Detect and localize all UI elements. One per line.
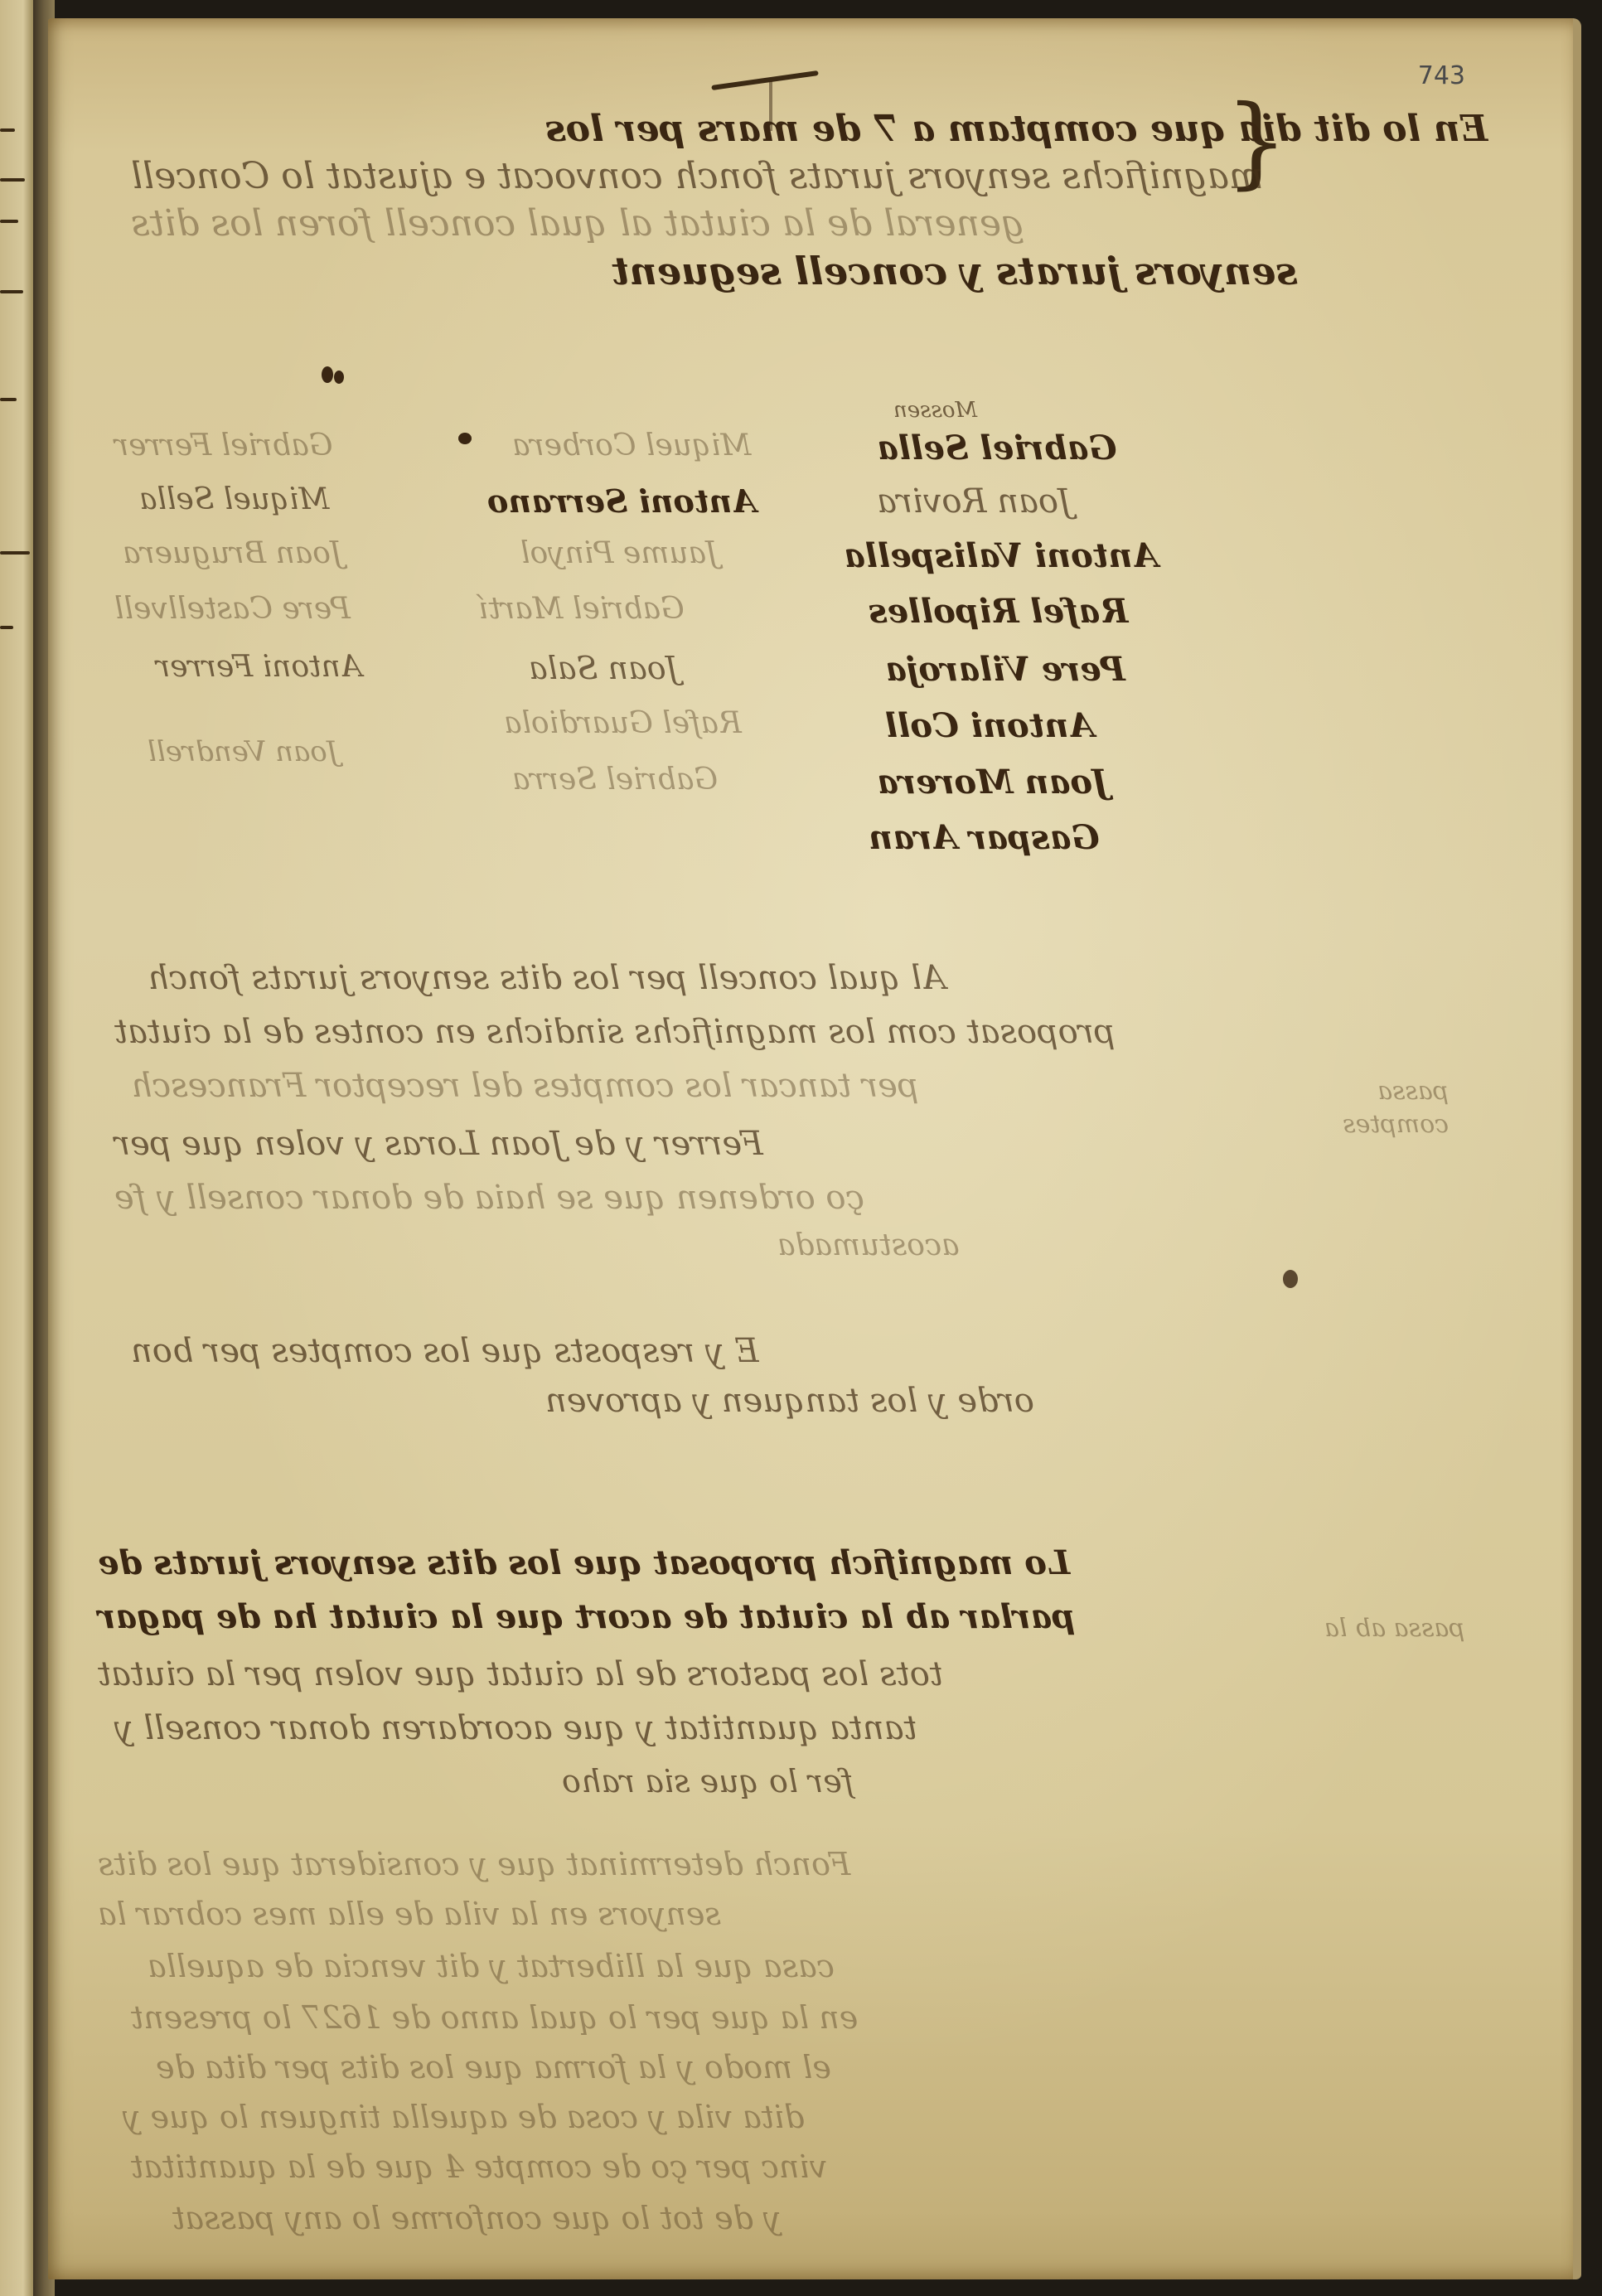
text-line: casa que la llibertat y dit vencia de aq… xyxy=(148,1948,835,1984)
text-line: proposat com los magnifichs sindichs en … xyxy=(114,1013,1116,1051)
top-cross-mark xyxy=(711,70,819,90)
name-item: Antoni Valispella xyxy=(844,536,1158,575)
text-line: ço ordenen que se haia de donar consell … xyxy=(114,1179,864,1217)
ink-blot xyxy=(1283,1270,1298,1288)
name-item: Gabriel Martí xyxy=(479,592,685,626)
text-line: E y resposts que los comptes per bon xyxy=(131,1332,759,1370)
name-item: Gaspar Aran xyxy=(869,818,1100,857)
name-item: Gabriel Sella xyxy=(877,429,1117,467)
text-line: per tancar los comptes del receptor Fran… xyxy=(131,1067,919,1105)
text-line: Ferrer y de Joan Loras y volen que per xyxy=(114,1125,763,1163)
ink-blot xyxy=(458,433,472,444)
name-item: Joan Vendrell xyxy=(148,735,338,768)
text-line: Lo magnifich proposat que los dits senyo… xyxy=(98,1543,1070,1582)
name-item: Jaume Pinyol xyxy=(520,536,718,570)
text-line: En lo dit dia que comptam a 7 de mars pe… xyxy=(545,108,1488,150)
margin-note: passa comptes xyxy=(1341,1075,1449,1141)
text-line: general de la ciutat al qual concell for… xyxy=(131,202,1024,245)
folio-number: 743 xyxy=(1418,61,1465,90)
text-line: el modo y la forma que los dits per dita… xyxy=(156,2049,831,2085)
text-line: acostumada xyxy=(777,1228,960,1262)
name-item: Antoni Coll xyxy=(885,706,1094,745)
text-line: en la que per lo qual anno de 1627 lo pr… xyxy=(131,1999,858,2036)
margin-note: passa ab la xyxy=(1324,1614,1464,1643)
name-item: Miquel Sella xyxy=(139,482,329,516)
name-item: Joan Sala xyxy=(529,650,679,686)
name-item: Gabriel Ferrer xyxy=(114,429,333,463)
text-line: magnifichs senyors jurats fonch convocat… xyxy=(131,155,1264,197)
name-item: Miquel Corbera xyxy=(512,429,751,463)
name-item: Antoni Serrano xyxy=(487,482,757,520)
name-item: Rafel Ripolles xyxy=(869,592,1128,631)
adjacent-left-page xyxy=(0,0,35,2296)
name-item: Joan Morera xyxy=(877,763,1108,802)
name-item: Pere Castellvell xyxy=(114,592,351,626)
text-line: tots los pastors de la ciutat que volen … xyxy=(98,1655,943,1693)
manuscript-page: 743 { En lo dit dia que comptam a 7 de m… xyxy=(48,18,1581,2279)
text-line: fer lo que sia raho xyxy=(562,1763,854,1800)
ink-blot xyxy=(334,371,344,384)
name-item: Joan Rovira xyxy=(877,482,1072,521)
text-line: orde y los tanquen y aproven xyxy=(545,1382,1034,1420)
name-item: Antoni Ferrer xyxy=(156,650,362,684)
text-line: Al qual concell per los dits senyors jur… xyxy=(148,959,946,997)
name-item: Joan Bruguera xyxy=(123,536,342,570)
text-line: y de tot lo que conforme lo any passat xyxy=(172,2200,781,2236)
text-line: senyors jurats y concell seguent xyxy=(612,249,1297,293)
text-line: Fonch determinat que y considerat que lo… xyxy=(98,1846,850,1882)
text-line: senyors en la vila de ella mes cobrar la xyxy=(98,1896,721,1932)
text-line: dita vila y cosa de aquella tinguen lo q… xyxy=(123,2099,805,2135)
list-header: Mossen xyxy=(893,398,977,423)
name-item: Gabriel Serra xyxy=(512,763,718,797)
text-line: parlar ab la ciutat de acort que la ciut… xyxy=(98,1597,1075,1636)
ink-blot xyxy=(322,366,333,383)
name-item: Rafel Guardiola xyxy=(504,706,742,740)
name-item: Pere Vilaroja xyxy=(885,650,1125,689)
text-line: vinc per ço de compte 4 que de la quanti… xyxy=(131,2148,827,2185)
text-line: tanta quantitat y que acordaren donar co… xyxy=(114,1709,917,1747)
